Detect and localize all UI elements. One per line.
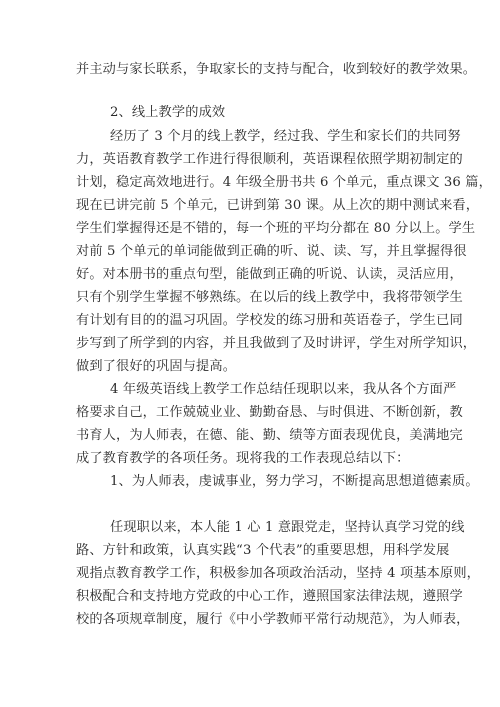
paragraph-line: 有计划有目的的温习巩固。学校发的练习册和英语卷子，学生已同	[76, 312, 424, 330]
paragraph-line: 现在已讲完前 5 个单元，已讲到第 30 课。从上次的期中测试来看，	[76, 197, 424, 215]
paragraph-line: 力，英语教育教学工作进行得很顺利，英语课程依照学期初制定的	[76, 151, 424, 169]
paragraph-line: 做到了很好的巩固与提高。	[76, 358, 424, 376]
paragraph-line: 成了教育教学的各项任务。现将我的工作表现总结以下：	[76, 450, 424, 468]
paragraph-line: 积极配合和支持地方党政的中心工作，遵照国家法律法规，遵照学	[76, 588, 424, 606]
paragraph-line: 对前 5 个单元的单词能做到正确的听、说、读、写，并且掌握得很	[76, 243, 424, 261]
paragraph-line: 路、方针和政策，认真实践“3 个代表”的重要思想，用科学发展	[76, 542, 424, 560]
paragraph-line: 计划，稳定高效地进行。4 年级全册书共 6 个单元，重点课文 36 篇，	[76, 174, 424, 192]
document-page: 并主动与家长联系，争取家长的支持与配合，收到较好的教学效果。2、线上教学的成效经…	[0, 0, 500, 707]
paragraph-line: 好。对本册书的重点句型，能做到正确的听说、认读，灵活应用，	[76, 266, 424, 284]
paragraph-first-line: 4 年级英语线上教学工作总结任现职以来，我从各个方面严	[110, 381, 424, 399]
paragraph-line: 校的各项规章制度，履行《中小学教师平常行动规范》，为人师表，	[76, 611, 424, 629]
paragraph-first-line: 任现职以来，本人能 1 心 1 意跟党走，坚持认真学习党的线	[110, 519, 424, 537]
paragraph-first-line: 1、为人师表，虔诚事业，努力学习，不断提高思想道德素质。	[110, 473, 424, 491]
paragraph-line: 步写到了所学到的内容，并且我做到了及时讲评，学生对所学知识，	[76, 335, 424, 353]
paragraph-first-line: 2、线上教学的成效	[110, 104, 424, 122]
paragraph-line: 格要求自己，工作兢兢业业、勤勤奋恳、与时俱进、不断创新，教	[76, 404, 424, 422]
paragraph-line: 观指点教育教学工作，积极参加各项政治活动，坚持 4 项基本原则，	[76, 565, 424, 583]
paragraph-line: 学生们掌握得还是不错的，每一个班的平均分都在 80 分以上。学生	[76, 220, 424, 238]
paragraph-line: 书育人，为人师表，在德、能、勤、绩等方面表现优良，美满地完	[76, 427, 424, 445]
paragraph-line: 并主动与家长联系，争取家长的支持与配合，收到较好的教学效果。	[76, 61, 424, 79]
paragraph-first-line: 经历了 3 个月的线上教学，经过我、学生和家长们的共同努	[110, 128, 424, 146]
paragraph-line: 只有个别学生掌握不够熟练。在以后的线上教学中，我将带领学生	[76, 289, 424, 307]
